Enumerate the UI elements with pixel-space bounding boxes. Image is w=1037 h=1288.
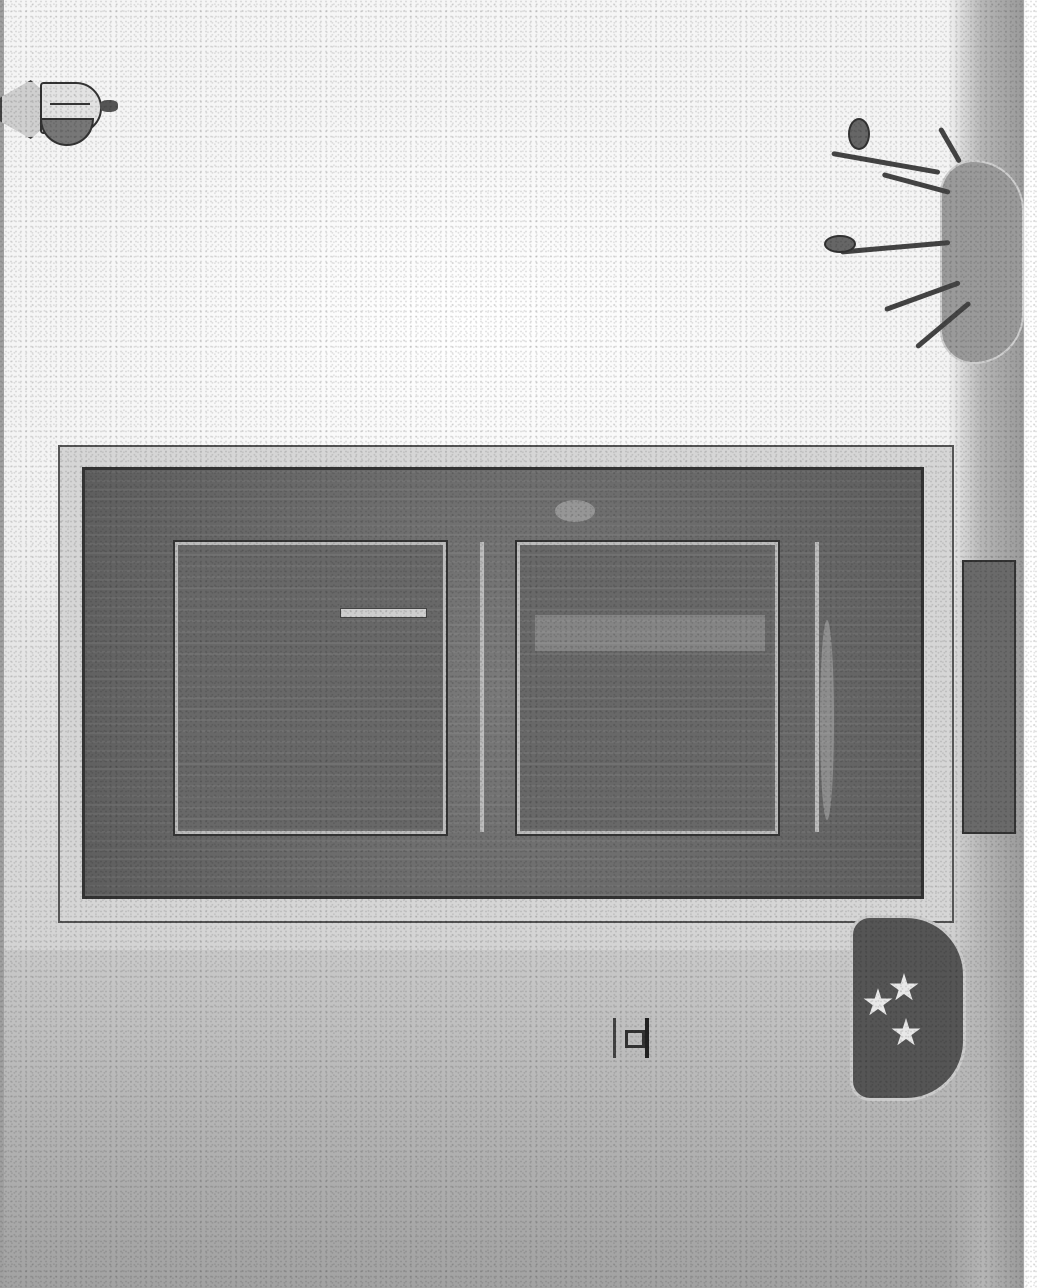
photo-scene: [0, 0, 1037, 1288]
film-grain-overlay: [0, 0, 1037, 1288]
